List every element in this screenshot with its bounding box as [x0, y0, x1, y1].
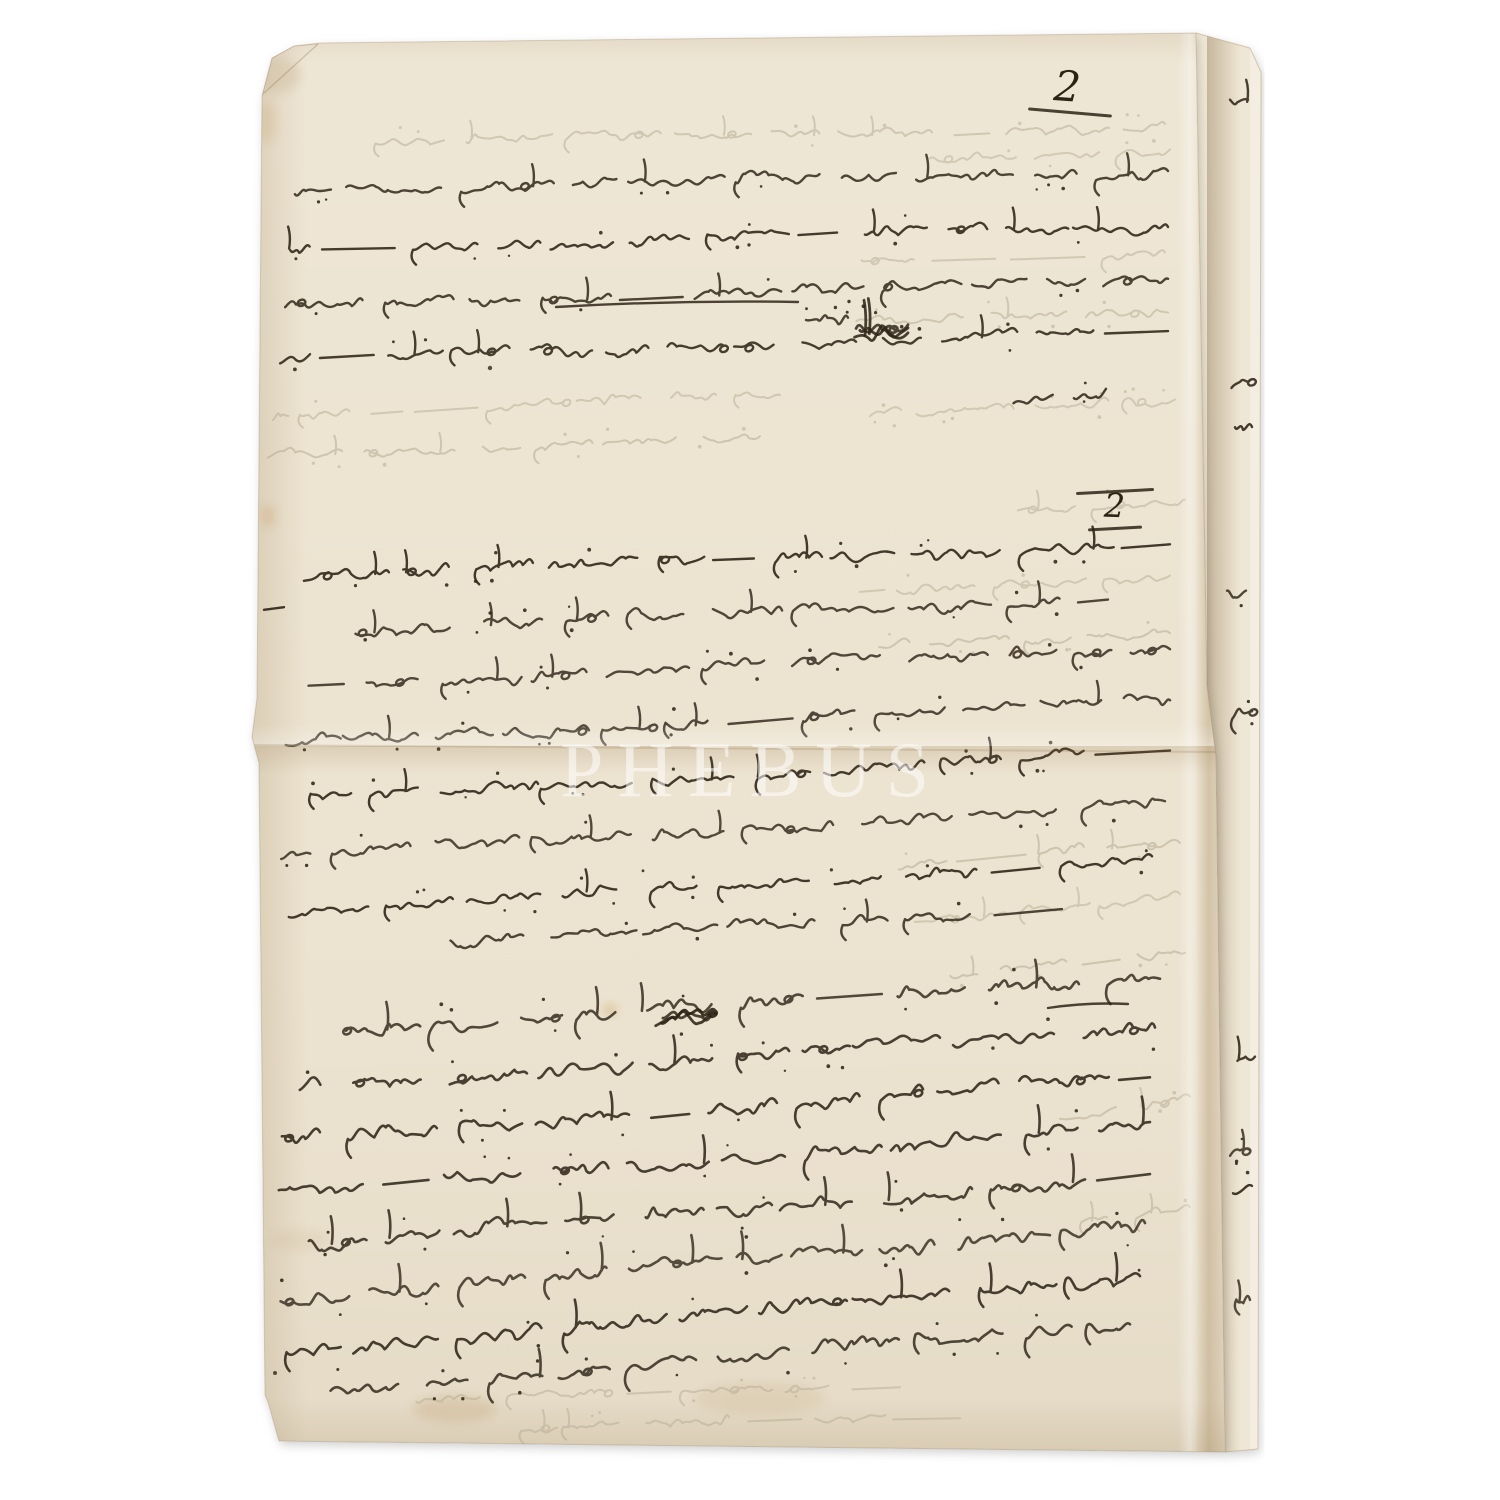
- photo-background: 2 2 PHEBUS: [0, 0, 1500, 1500]
- section-number: 2: [1103, 489, 1125, 523]
- page-number: 2: [1053, 65, 1083, 109]
- watermark-text: PHEBUS: [560, 731, 943, 809]
